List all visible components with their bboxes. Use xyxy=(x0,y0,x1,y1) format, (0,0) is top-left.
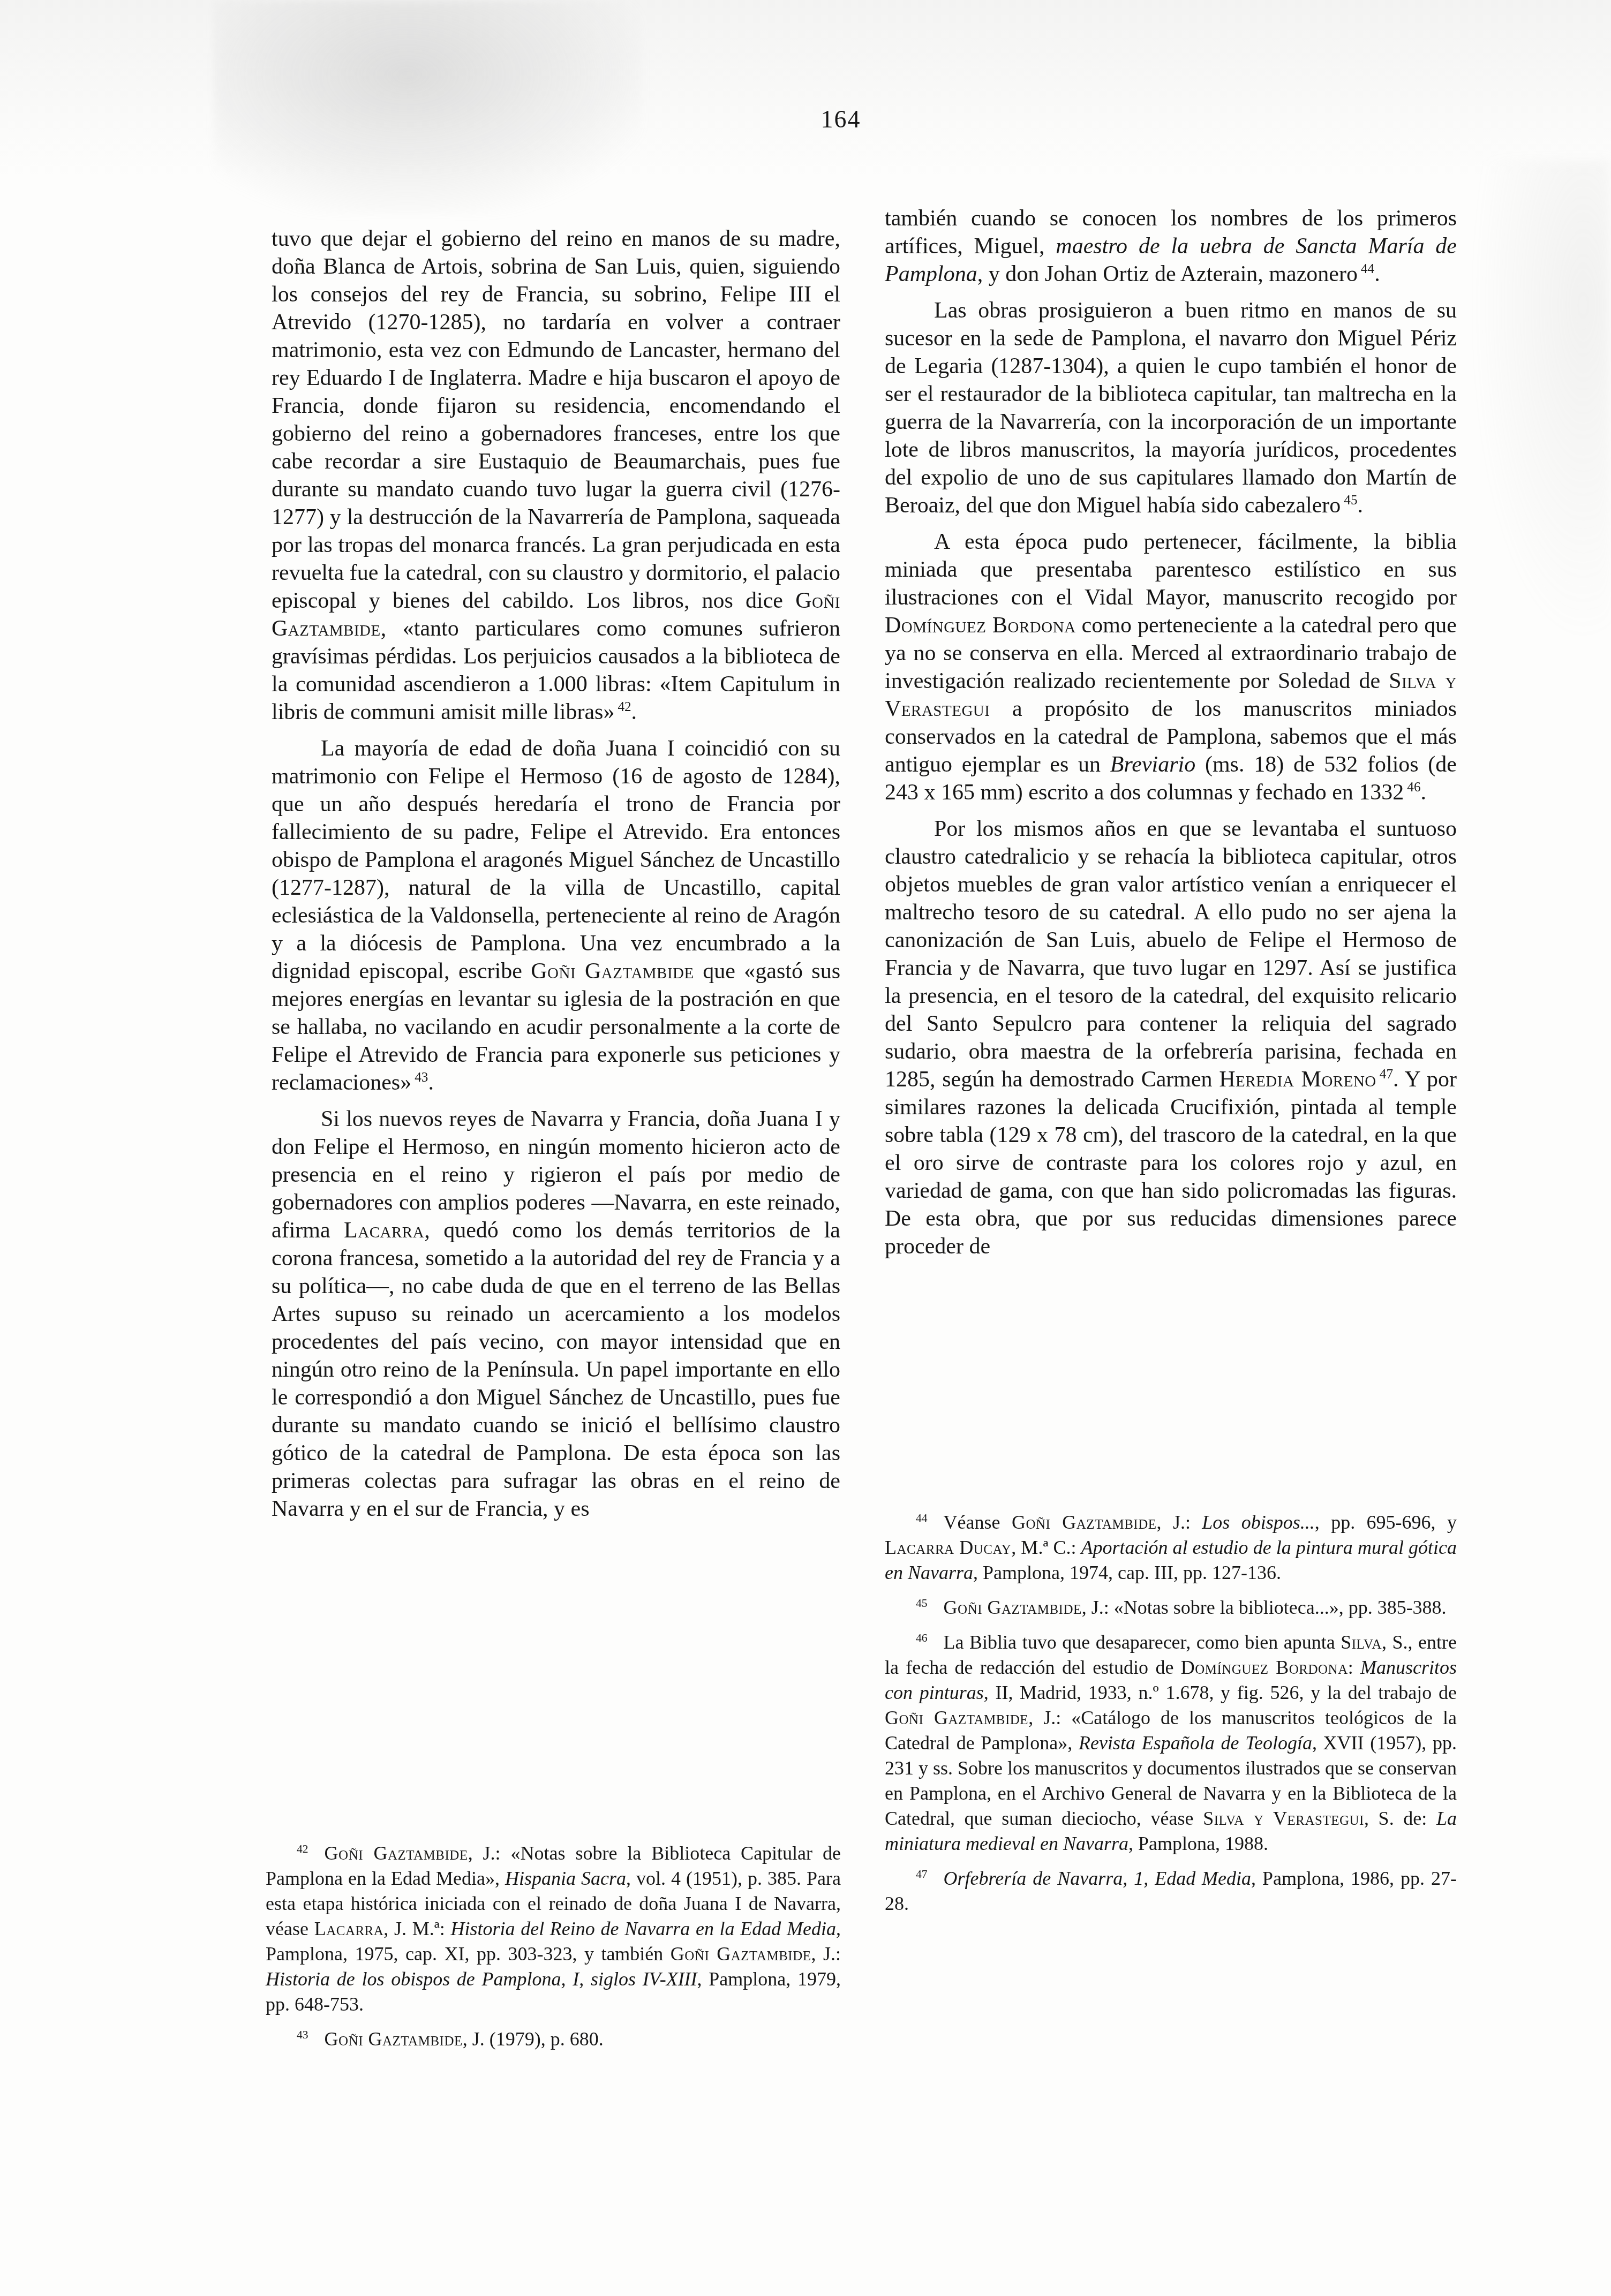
text-run: Breviario xyxy=(1110,752,1195,777)
text-run: Lacarra xyxy=(314,1918,384,1939)
text-run: Los obispos... xyxy=(1202,1512,1314,1533)
footnote: 43Goñi Gaztambide, J. (1979), p. 680. xyxy=(266,2027,841,2052)
footnote-ref: 44 xyxy=(1361,262,1374,276)
text-run: : xyxy=(1348,1657,1360,1678)
text-run: , pp. 695-696, y xyxy=(1315,1512,1457,1533)
text-run: Goñi Gaztambide xyxy=(885,1707,1028,1728)
text-run: tuvo que dejar el gobierno del reino en … xyxy=(272,226,840,613)
paragraph: también cuando se conocen los nombres de… xyxy=(885,205,1457,288)
text-run: Domínguez Bordona xyxy=(1181,1657,1348,1678)
paragraph: La mayoría de edad de doña Juana I coinc… xyxy=(272,735,840,1097)
footnote-number: 44 xyxy=(916,1512,928,1524)
text-run: . xyxy=(1374,262,1380,286)
paragraph: Si los nuevos reyes de Navarra y Francia… xyxy=(272,1105,840,1523)
page-number: 164 xyxy=(752,105,929,133)
text-run: Orfebrería de Navarra, 1, Edad Media xyxy=(944,1868,1252,1889)
text-run: . xyxy=(1358,493,1364,518)
footnote-ref: 47 xyxy=(1380,1067,1393,1082)
right-column: también cuando se conocen los nombres de… xyxy=(885,205,1457,1260)
text-run: , J. M.ª: xyxy=(383,1918,450,1939)
paragraph: Las obras prosiguieron a buen ritmo en m… xyxy=(885,297,1457,519)
left-column-footnotes: 42Goñi Gaztambide, J.: «Notas sobre la B… xyxy=(266,1841,841,2052)
text-run: A esta época pudo pertenecer, fácilmente… xyxy=(885,530,1457,610)
text-run: Heredia Moreno xyxy=(1219,1067,1376,1092)
text-run: La Biblia tuvo que desaparecer, como bie… xyxy=(944,1632,1341,1653)
text-run: Goñi Gaztambide xyxy=(531,959,694,984)
footnote: 47Orfebrería de Navarra, 1, Edad Media, … xyxy=(885,1866,1457,1916)
footnote: 44Véanse Goñi Gaztambide, J.: Los obispo… xyxy=(885,1510,1457,1585)
text-run: Historia del Reino de Navarra en la Edad… xyxy=(450,1918,836,1939)
text-run: Historia de los obispos de Pamplona, I, … xyxy=(266,1968,697,1990)
text-run: , S. de: xyxy=(1364,1808,1436,1829)
text-run: Goñi Gaztambide xyxy=(944,1597,1082,1618)
text-run: . xyxy=(428,1070,434,1095)
paragraph: A esta época pudo pertenecer, fácilmente… xyxy=(885,528,1457,806)
text-run: Hispania Sacra xyxy=(505,1868,626,1889)
text-run: , Pamplona, 1974, cap. III, pp. 127-136. xyxy=(973,1562,1281,1583)
scan-artifact-right xyxy=(1472,161,1611,643)
paragraph: Por los mismos años en que se levantaba … xyxy=(885,815,1457,1260)
footnote: 45Goñi Gaztambide, J.: «Notas sobre la b… xyxy=(885,1595,1457,1620)
text-run: Goñi Gaztambide xyxy=(671,1943,811,1965)
text-run: Véanse xyxy=(944,1512,1012,1533)
footnote-ref: 43 xyxy=(415,1070,428,1085)
text-run: , quedó como los demás territorios de la… xyxy=(272,1218,840,1521)
footnote-number: 45 xyxy=(916,1597,928,1610)
text-run: La mayoría de edad de doña Juana I coinc… xyxy=(272,736,840,984)
text-run: Lacarra Ducay xyxy=(885,1537,1011,1558)
text-run: Goñi Gaztambide xyxy=(325,2028,463,2050)
text-run: Por los mismos años en que se levantaba … xyxy=(885,817,1457,1092)
left-column: tuvo que dejar el gobierno del reino en … xyxy=(272,225,840,1523)
footnote-number: 43 xyxy=(297,2028,308,2041)
text-run: Las obras prosiguieron a buen ritmo en m… xyxy=(885,298,1457,518)
text-run: , y don Johan Ortiz de Azterain, mazoner… xyxy=(977,262,1358,286)
footnote: 42Goñi Gaztambide, J.: «Notas sobre la B… xyxy=(266,1841,841,2017)
text-run: , J.: xyxy=(1157,1512,1202,1533)
text-run: , M.ª C.: xyxy=(1011,1537,1081,1558)
footnote-number: 47 xyxy=(916,1868,928,1880)
text-run: , J.: «Notas sobre la biblioteca...», pp… xyxy=(1082,1597,1447,1618)
text-run: Goñi Gaztambide xyxy=(325,1842,468,1864)
footnote-number: 46 xyxy=(916,1632,928,1644)
text-run: . xyxy=(1420,780,1426,805)
text-run: , II, Madrid, 1933, n.º 1.678, y fig. 52… xyxy=(984,1682,1457,1703)
text-run: Silva y Verastegui xyxy=(1203,1808,1364,1829)
text-run: Lacarra xyxy=(344,1218,424,1243)
footnote-ref: 46 xyxy=(1407,780,1420,795)
text-run: , J.: xyxy=(811,1943,841,1965)
footnote: 46La Biblia tuvo que desaparecer, como b… xyxy=(885,1630,1457,1856)
text-run: Goñi Gaztambide xyxy=(1012,1512,1157,1533)
right-column-footnotes: 44Véanse Goñi Gaztambide, J.: Los obispo… xyxy=(885,1510,1457,1916)
footnote-number: 42 xyxy=(297,1842,308,1855)
text-run: Domínguez Bordona xyxy=(885,613,1076,638)
footnote-ref: 45 xyxy=(1344,493,1357,508)
text-run: , Pamplona, 1988. xyxy=(1128,1833,1268,1854)
text-run: . xyxy=(631,700,637,724)
footnote-ref: 42 xyxy=(618,700,631,714)
scan-artifact-top-left xyxy=(214,0,643,214)
paragraph: tuvo que dejar el gobierno del reino en … xyxy=(272,225,840,726)
text-run: Revista Española de Teología xyxy=(1079,1732,1312,1754)
scanned-page: 164 tuvo que dejar el gobierno del reino… xyxy=(0,0,1611,2296)
text-run: , J. (1979), p. 680. xyxy=(463,2028,604,2050)
text-run: Silva xyxy=(1341,1632,1382,1653)
text-run: . Y por similares razones la delicada Cr… xyxy=(885,1067,1457,1259)
